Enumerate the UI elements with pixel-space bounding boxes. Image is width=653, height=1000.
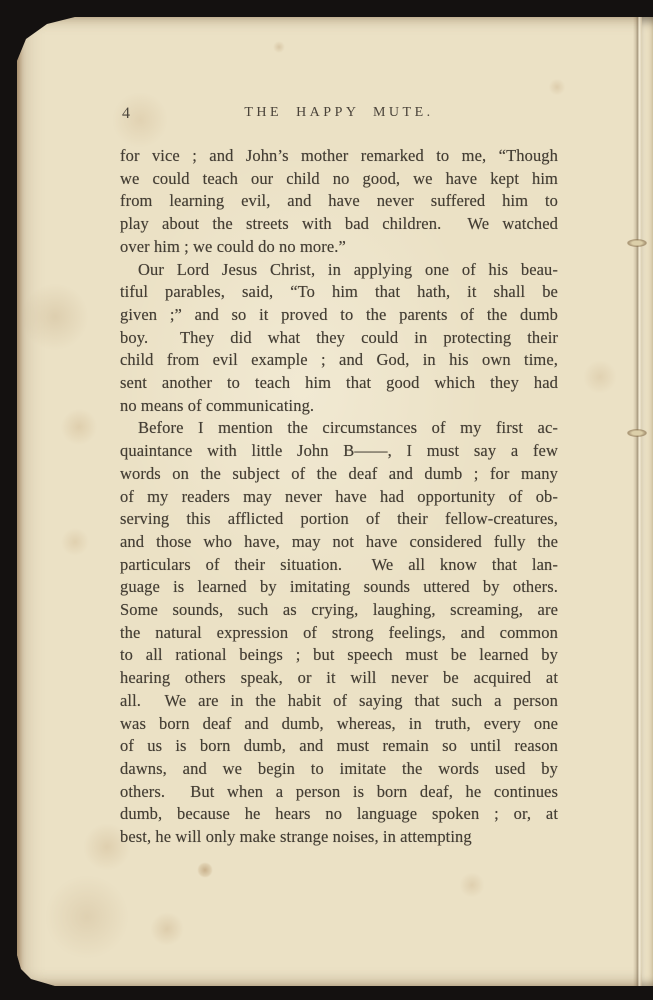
text-line: boy. They did what they could in protect…: [120, 327, 558, 350]
running-title: THE HAPPY MUTE.: [120, 105, 558, 121]
paragraph: Before I mention the circumstances of my…: [120, 417, 558, 848]
text-line: for vice ; and John’s mother remarked to…: [120, 145, 558, 168]
gutter-fold: [633, 17, 642, 986]
text-line: sent another to teach him that good whic…: [120, 372, 558, 395]
binding-stitch: [627, 429, 647, 437]
text-line: of us is born dumb, and must remain so u…: [120, 735, 558, 758]
text-block: for vice ; and John’s mother remarked to…: [120, 145, 558, 849]
text-line: hearing others speak, or it will never b…: [120, 667, 558, 690]
book-page-scan: 4 THE HAPPY MUTE. for vice ; and John’s …: [17, 17, 653, 986]
text-line: Some sounds, such as crying, laughing, s…: [120, 599, 558, 622]
text-line: words on the subject of the deaf and dum…: [120, 463, 558, 486]
text-line: to all rational beings ; but speech must…: [120, 644, 558, 667]
text-line: dawns, and we begin to imitate the words…: [120, 758, 558, 781]
page-header: 4 THE HAPPY MUTE.: [120, 105, 558, 125]
text-line: all. We are in the habit of saying that …: [120, 690, 558, 713]
text-line: tiful parables, said, “To him that hath,…: [120, 281, 558, 304]
text-line: quaintance with little John B——, I must …: [120, 440, 558, 463]
text-line: others. But when a person is born deaf, …: [120, 781, 558, 804]
paragraph: Our Lord Jesus Christ, in applying one o…: [120, 259, 558, 418]
text-line: particulars of their situation. We all k…: [120, 554, 558, 577]
text-line: best, he will only make strange noises, …: [120, 826, 558, 849]
text-line: given ;” and so it proved to the parents…: [120, 304, 558, 327]
text-line: Our Lord Jesus Christ, in applying one o…: [120, 259, 558, 282]
text-line: Before I mention the circumstances of my…: [120, 417, 558, 440]
text-line: and those who have, may not have conside…: [120, 531, 558, 554]
text-line: from learning evil, and have never suffe…: [120, 190, 558, 213]
text-line: over him ; we could do no more.”: [120, 236, 558, 259]
text-line: the natural expression of strong feeling…: [120, 622, 558, 645]
text-line: no means of communicating.: [120, 395, 558, 418]
paragraph: for vice ; and John’s mother remarked to…: [120, 145, 558, 259]
text-line: play about the streets with bad children…: [120, 213, 558, 236]
page-number: 4: [122, 105, 130, 123]
binding-stitch: [627, 239, 647, 247]
text-line: we could teach our child no good, we hav…: [120, 168, 558, 191]
text-line: was born deaf and dumb, whereas, in trut…: [120, 713, 558, 736]
text-line: dumb, because he hears no language spoke…: [120, 803, 558, 826]
text-line: child from evil example ; and God, in hi…: [120, 349, 558, 372]
text-line: guage is learned by imitating sounds utt…: [120, 576, 558, 599]
adjacent-page-edge: [642, 17, 653, 986]
text-line: of my readers may never have had opportu…: [120, 486, 558, 509]
text-line: serving this afflicted portion of their …: [120, 508, 558, 531]
